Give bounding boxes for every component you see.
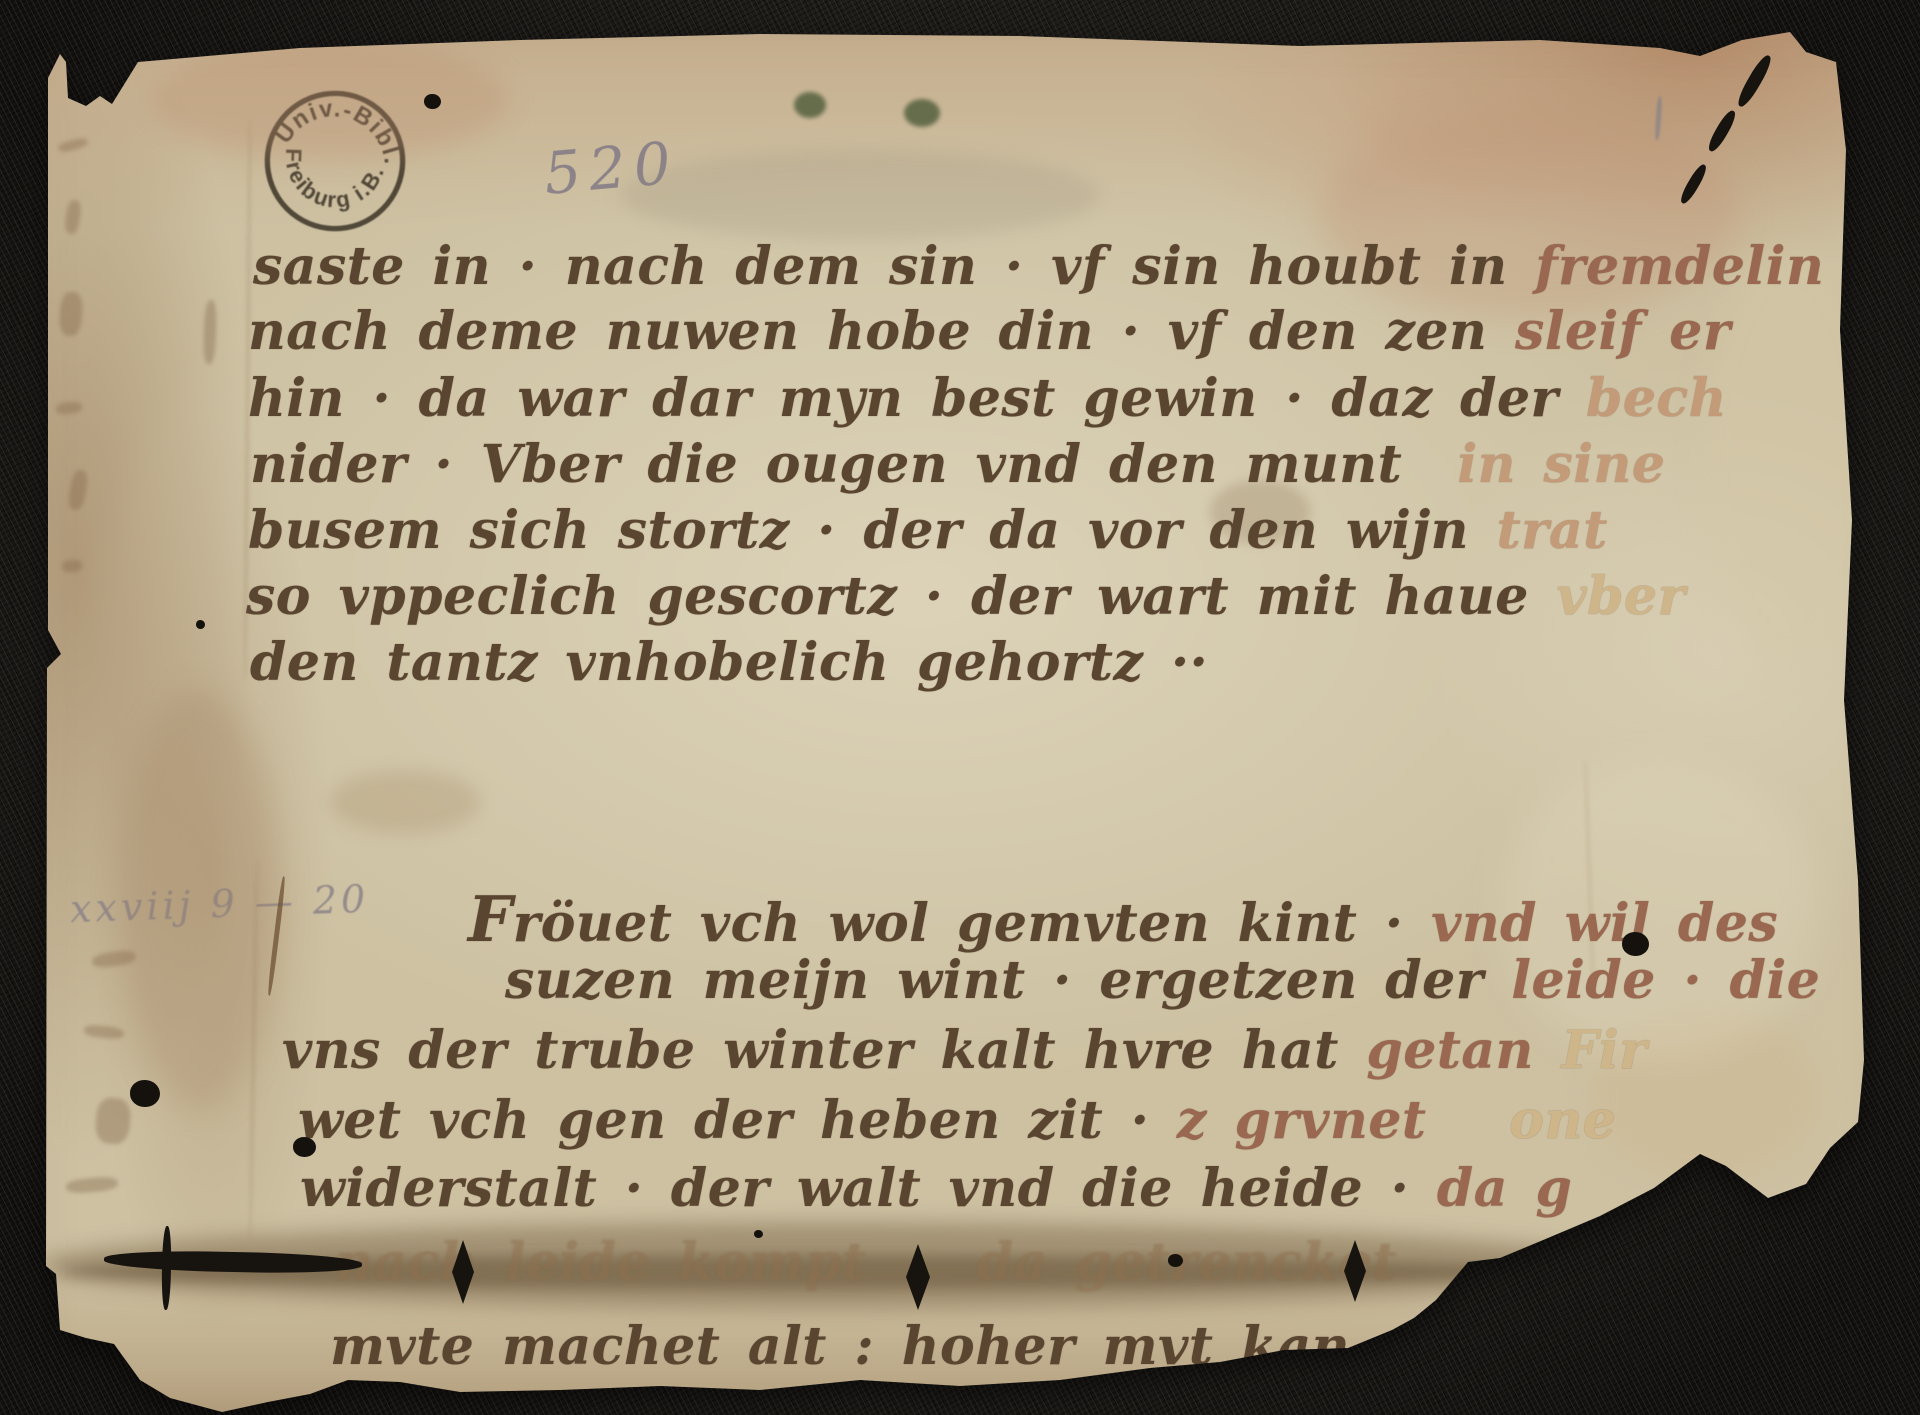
text-segment: z grvnet bbox=[1177, 1090, 1454, 1151]
text-line: Fröuet vch wol gemvten kint · vnd wil de… bbox=[468, 882, 1778, 956]
text-line: saste in · nach dem sin · vf sin houbt i… bbox=[253, 236, 1871, 297]
text-line: suzen meijn wint · ergetzen der leide · … bbox=[505, 950, 1820, 1011]
text-segment: nach leide kompt da getrencket bbox=[335, 1232, 1397, 1293]
text-line: mvte machet alt : hoher mvt kan bbox=[330, 1316, 1350, 1377]
text-line: nider · Vber die ougen vnd den munt in s… bbox=[250, 434, 1665, 495]
faint-mark bbox=[65, 1176, 118, 1194]
stain bbox=[330, 770, 480, 834]
text-segment: den tantz vnhobelich gehortz ·· bbox=[250, 632, 1208, 693]
text-segment: F bbox=[468, 882, 513, 956]
text-segment: widerstalt · der walt vnd die heide · bbox=[300, 1158, 1437, 1219]
text-segment: trat bbox=[1497, 500, 1608, 561]
hole-in-parchment bbox=[1168, 1254, 1183, 1267]
stain bbox=[620, 150, 1100, 240]
faint-mark bbox=[58, 291, 83, 336]
text-line: nach leide kompt da getrencket bbox=[335, 1232, 1397, 1293]
text-segment: fremdelin · bbox=[1535, 236, 1870, 297]
text-segment: hin · da war dar myn best gewin · daz de… bbox=[248, 368, 1586, 429]
hole-in-parchment bbox=[424, 94, 441, 109]
text-line: vns der trube winter kalt hvre hat getan… bbox=[282, 1020, 1647, 1081]
stain bbox=[150, 40, 510, 160]
faint-mark bbox=[67, 469, 90, 511]
text-segment: one bbox=[1454, 1090, 1616, 1151]
text-segment: nider · Vber die ougen vnd den munt bbox=[250, 434, 1457, 495]
text-segment: wet vch gen der heben zit · bbox=[298, 1090, 1177, 1151]
text-segment: getan bbox=[1366, 1020, 1561, 1081]
text-segment: vnd wil des bbox=[1431, 893, 1778, 954]
faint-mark bbox=[57, 136, 89, 153]
text-segment: da g bbox=[1437, 1158, 1573, 1219]
text-segment: so vppeclich gescortz · der wart mit hau… bbox=[246, 566, 1556, 627]
faint-mark bbox=[64, 199, 83, 235]
parchment: Univ.-Bibl. Freiburg i.B. 520 xxviij 9 —… bbox=[0, 0, 1920, 1415]
green-spot bbox=[794, 92, 826, 118]
text-segment: bech bbox=[1586, 368, 1727, 429]
text-segment: nach deme nuwen hobe din · vf den zen bbox=[248, 301, 1515, 362]
faint-mark bbox=[62, 559, 83, 572]
text-segment: in sine bbox=[1457, 434, 1665, 495]
text-line: busem sich stortz · der da vor den wijn … bbox=[248, 500, 1608, 561]
cut-slit bbox=[1548, 1246, 1568, 1304]
text-segment: sleif er bbox=[1515, 301, 1731, 362]
dark-slash bbox=[161, 1226, 171, 1310]
hole-in-parchment bbox=[1622, 932, 1649, 956]
text-segment: busem sich stortz · der da vor den wijn bbox=[248, 500, 1497, 561]
text-line: so vppeclich gescortz · der wart mit hau… bbox=[246, 566, 1686, 627]
text-line: den tantz vnhobelich gehortz ·· bbox=[250, 632, 1208, 693]
faint-mark bbox=[94, 1097, 131, 1145]
hole-in-parchment bbox=[754, 1230, 763, 1238]
hole-in-parchment bbox=[130, 1080, 160, 1107]
text-segment: leide · die bbox=[1511, 950, 1820, 1011]
hole-in-parchment bbox=[293, 1137, 316, 1157]
hole-in-parchment bbox=[196, 620, 205, 629]
faint-mark bbox=[203, 300, 217, 364]
manuscript-photo: Univ.-Bibl. Freiburg i.B. 520 xxviij 9 —… bbox=[0, 0, 1920, 1415]
dark-slash bbox=[1734, 53, 1774, 110]
text-line: hin · da war dar myn best gewin · daz de… bbox=[248, 368, 1727, 429]
text-segment: Fir bbox=[1561, 1020, 1647, 1081]
faint-mark bbox=[55, 401, 82, 416]
green-spot bbox=[904, 99, 940, 127]
text-segment: röuet vch wol gemvten kint · bbox=[513, 893, 1431, 954]
text-segment: vber bbox=[1556, 566, 1685, 627]
text-line: nach deme nuwen hobe din · vf den zen sl… bbox=[248, 301, 1731, 362]
parchment-shadow: Univ.-Bibl. Freiburg i.B. 520 xxviij 9 —… bbox=[0, 0, 1920, 1415]
text-segment: suzen meijn wint · ergetzen der bbox=[505, 950, 1511, 1011]
text-segment: saste in · nach dem sin · vf sin houbt i… bbox=[253, 236, 1535, 297]
text-line: wet vch gen der heben zit · z grvnet one bbox=[298, 1090, 1616, 1151]
dark-slash bbox=[1705, 108, 1738, 154]
text-segment: vns der trube winter kalt hvre hat bbox=[282, 1020, 1366, 1081]
text-line: widerstalt · der walt vnd die heide · da… bbox=[300, 1158, 1572, 1219]
text-segment: mvte machet alt : hoher mvt kan bbox=[330, 1316, 1350, 1377]
faint-mark bbox=[83, 1024, 124, 1040]
